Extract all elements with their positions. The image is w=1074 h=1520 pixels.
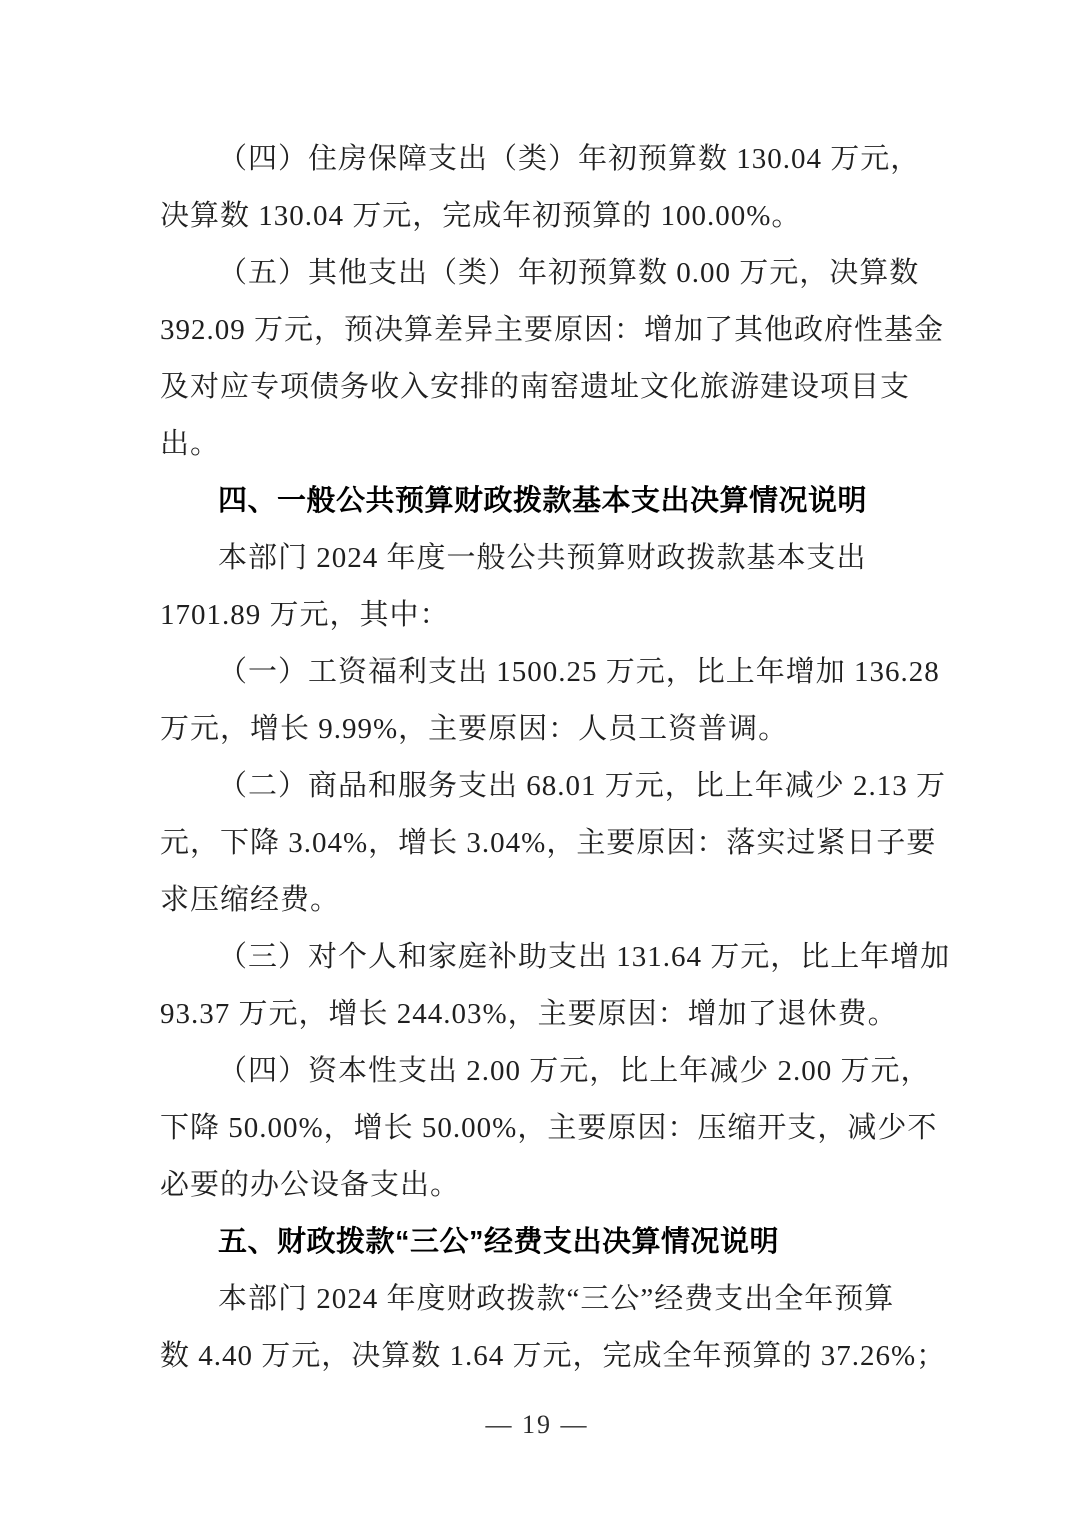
text-line: 392.09 万元，预决算差异主要原因：增加了其他政府性基金: [160, 302, 910, 359]
text-line: （五）其他支出（类）年初预算数 0.00 万元，决算数: [160, 245, 910, 302]
text-line: 本部门 2024 年度一般公共预算财政拨款基本支出: [160, 530, 910, 587]
text-line: （一）工资福利支出 1500.25 万元，比上年增加 136.28: [160, 644, 910, 701]
text-line: 必要的办公设备支出。: [160, 1157, 910, 1214]
text-line: 及对应专项债务收入安排的南窑遗址文化旅游建设项目支: [160, 359, 910, 416]
text-line: 决算数 130.04 万元，完成年初预算的 100.00%。: [160, 188, 910, 245]
section-heading: 四、一般公共预算财政拨款基本支出决算情况说明: [160, 473, 910, 530]
page-number: — 19 —: [0, 1408, 1074, 1442]
document-body: （四）住房保障支出（类）年初预算数 130.04 万元，决算数 130.04 万…: [160, 131, 910, 1385]
text-line: 1701.89 万元，其中：: [160, 587, 910, 644]
text-line: 求压缩经费。: [160, 872, 910, 929]
text-line: 本部门 2024 年度财政拨款“三公”经费支出全年预算: [160, 1271, 910, 1328]
text-line: 93.37 万元，增长 244.03%，主要原因：增加了退休费。: [160, 986, 910, 1043]
text-line: 出。: [160, 416, 910, 473]
section-heading: 五、财政拨款“三公”经费支出决算情况说明: [160, 1214, 910, 1271]
text-line: （二）商品和服务支出 68.01 万元，比上年减少 2.13 万: [160, 758, 910, 815]
text-line: 元，下降 3.04%，增长 3.04%，主要原因：落实过紧日子要: [160, 815, 910, 872]
text-line: 数 4.40 万元，决算数 1.64 万元，完成全年预算的 37.26%；: [160, 1328, 910, 1385]
text-line: 下降 50.00%，增长 50.00%，主要原因：压缩开支，减少不: [160, 1100, 910, 1157]
text-line: （三）对个人和家庭补助支出 131.64 万元，比上年增加: [160, 929, 910, 986]
text-line: （四）资本性支出 2.00 万元，比上年减少 2.00 万元，: [160, 1043, 910, 1100]
text-line: 万元，增长 9.99%，主要原因：人员工资普调。: [160, 701, 910, 758]
text-line: （四）住房保障支出（类）年初预算数 130.04 万元，: [160, 131, 910, 188]
